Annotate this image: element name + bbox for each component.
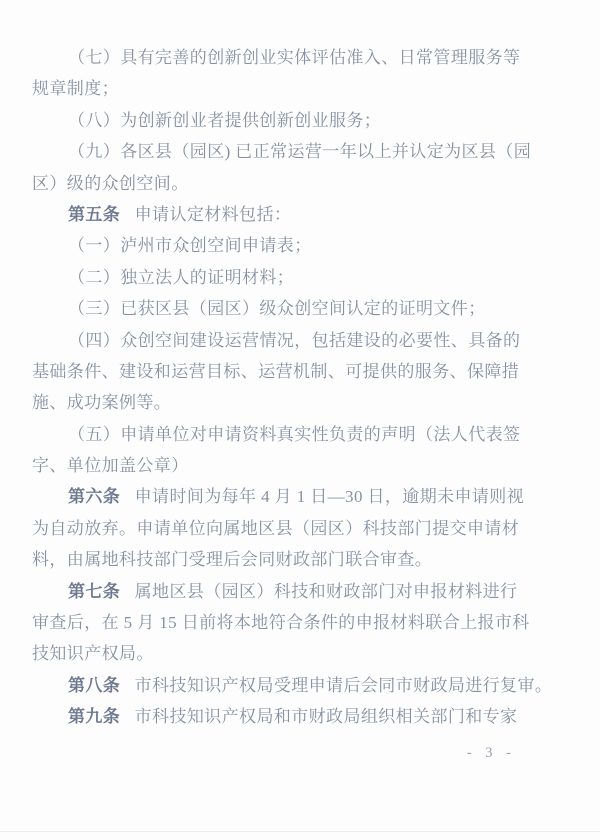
text-line: （八）为创新创业者提供创新创业服务； [32, 105, 600, 136]
text-line-content: （九）各区县（园区) 已正常运营一年以上并认定为区县（园 [68, 142, 531, 161]
text-line: 第六条申请时间为每年 4 月 1 日—30 日，逾期未申请则视 [32, 481, 600, 512]
text-line-content: 申请时间为每年 4 月 1 日—30 日，逾期未申请则视 [135, 487, 524, 506]
text-line: 规章制度； [32, 73, 600, 104]
text-line-content: 市科技知识产权局和市财政局组织相关部门和专家 [135, 707, 518, 726]
document-body: （七）具有完善的创新创业实体评估准入、日常管理服务等 规章制度； （八）为创新创… [0, 0, 600, 762]
text-line-content: （五）申请单位对申请资料真实性负责的声明（法人代表签 [68, 425, 520, 444]
text-line-content: 区）级的众创空间。 [32, 174, 189, 193]
clause-number: 第七条 [68, 582, 120, 601]
text-line-content: 料，由属地科技部门受理后会同财政部门联合审查。 [32, 550, 432, 569]
document-page: （七）具有完善的创新创业实体评估准入、日常管理服务等 规章制度； （八）为创新创… [0, 0, 600, 840]
scan-edge-line [0, 831, 600, 832]
text-line: （五）申请单位对申请资料真实性负责的声明（法人代表签 [32, 419, 600, 450]
text-line: （九）各区县（园区) 已正常运营一年以上并认定为区县（园 [32, 136, 600, 167]
text-line-content: （四）众创空间建设运营情况，包括建设的必要性、具备的 [68, 331, 520, 350]
text-line-content: 字、单位加盖公章） [32, 456, 189, 475]
text-line: 第八条市科技知识产权局受理申请后会同市财政局进行复审。 [32, 670, 600, 701]
text-line-content: （三）已获区县（园区）级众创空间认定的证明文件； [68, 299, 486, 318]
text-line: 字、单位加盖公章） [32, 450, 600, 481]
text-line: 区）级的众创空间。 [32, 168, 600, 199]
text-line-content: （八）为创新创业者提供创新创业服务； [68, 111, 381, 130]
text-line: 第七条属地区县（园区）科技和财政部门对申报材料进行 [32, 576, 600, 607]
text-line: 审查后，在 5 月 15 日前将本地符合条件的申报材料联合上报市科 [32, 607, 600, 638]
text-line: 料，由属地科技部门受理后会同财政部门联合审查。 [32, 544, 600, 575]
text-line: （三）已获区县（园区）级众创空间认定的证明文件； [32, 293, 600, 324]
text-line-content: 属地区县（园区）科技和财政部门对申报材料进行 [135, 582, 518, 601]
text-line: （二）独立法人的证明材料； [32, 262, 600, 293]
text-line: （七）具有完善的创新创业实体评估准入、日常管理服务等 [32, 42, 600, 73]
page-number: - 3 - [32, 745, 600, 762]
text-line: （一）泸州市众创空间申请表； [32, 230, 600, 261]
text-line-content: 为自动放弃。申请单位向属地区县（园区）科技部门提交申请材 [32, 519, 519, 538]
text-line-content: 基础条件、建设和运营目标、运营机制、可提供的服务、保障措 [32, 362, 519, 381]
text-line: 施、成功案例等。 [32, 387, 600, 418]
text-line-content: （七）具有完善的创新创业实体评估准入、日常管理服务等 [68, 48, 520, 67]
text-line-content: 申请认定材料包括： [135, 205, 292, 224]
text-line: 技知识产权局。 [32, 638, 600, 669]
text-line-content: （一）泸州市众创空间申请表； [68, 236, 312, 255]
text-line: （四）众创空间建设运营情况，包括建设的必要性、具备的 [32, 325, 600, 356]
text-line-content: 审查后，在 5 月 15 日前将本地符合条件的申报材料联合上报市科 [32, 613, 530, 632]
clause-number: 第八条 [68, 676, 120, 695]
text-line-content: 施、成功案例等。 [32, 393, 171, 412]
text-line: 第九条市科技知识产权局和市财政局组织相关部门和专家 [32, 701, 600, 732]
text-line: 第五条申请认定材料包括： [32, 199, 600, 230]
text-line-content: 规章制度； [32, 79, 119, 98]
text-line-content: 技知识产权局。 [32, 644, 154, 663]
text-line-content: 市科技知识产权局受理申请后会同市财政局进行复审。 [135, 676, 553, 695]
text-line: 基础条件、建设和运营目标、运营机制、可提供的服务、保障措 [32, 356, 600, 387]
clause-number: 第九条 [68, 707, 120, 726]
text-line-content: （二）独立法人的证明材料； [68, 268, 294, 287]
clause-number: 第五条 [68, 205, 120, 224]
clause-number: 第六条 [68, 487, 120, 506]
text-line: 为自动放弃。申请单位向属地区县（园区）科技部门提交申请材 [32, 513, 600, 544]
